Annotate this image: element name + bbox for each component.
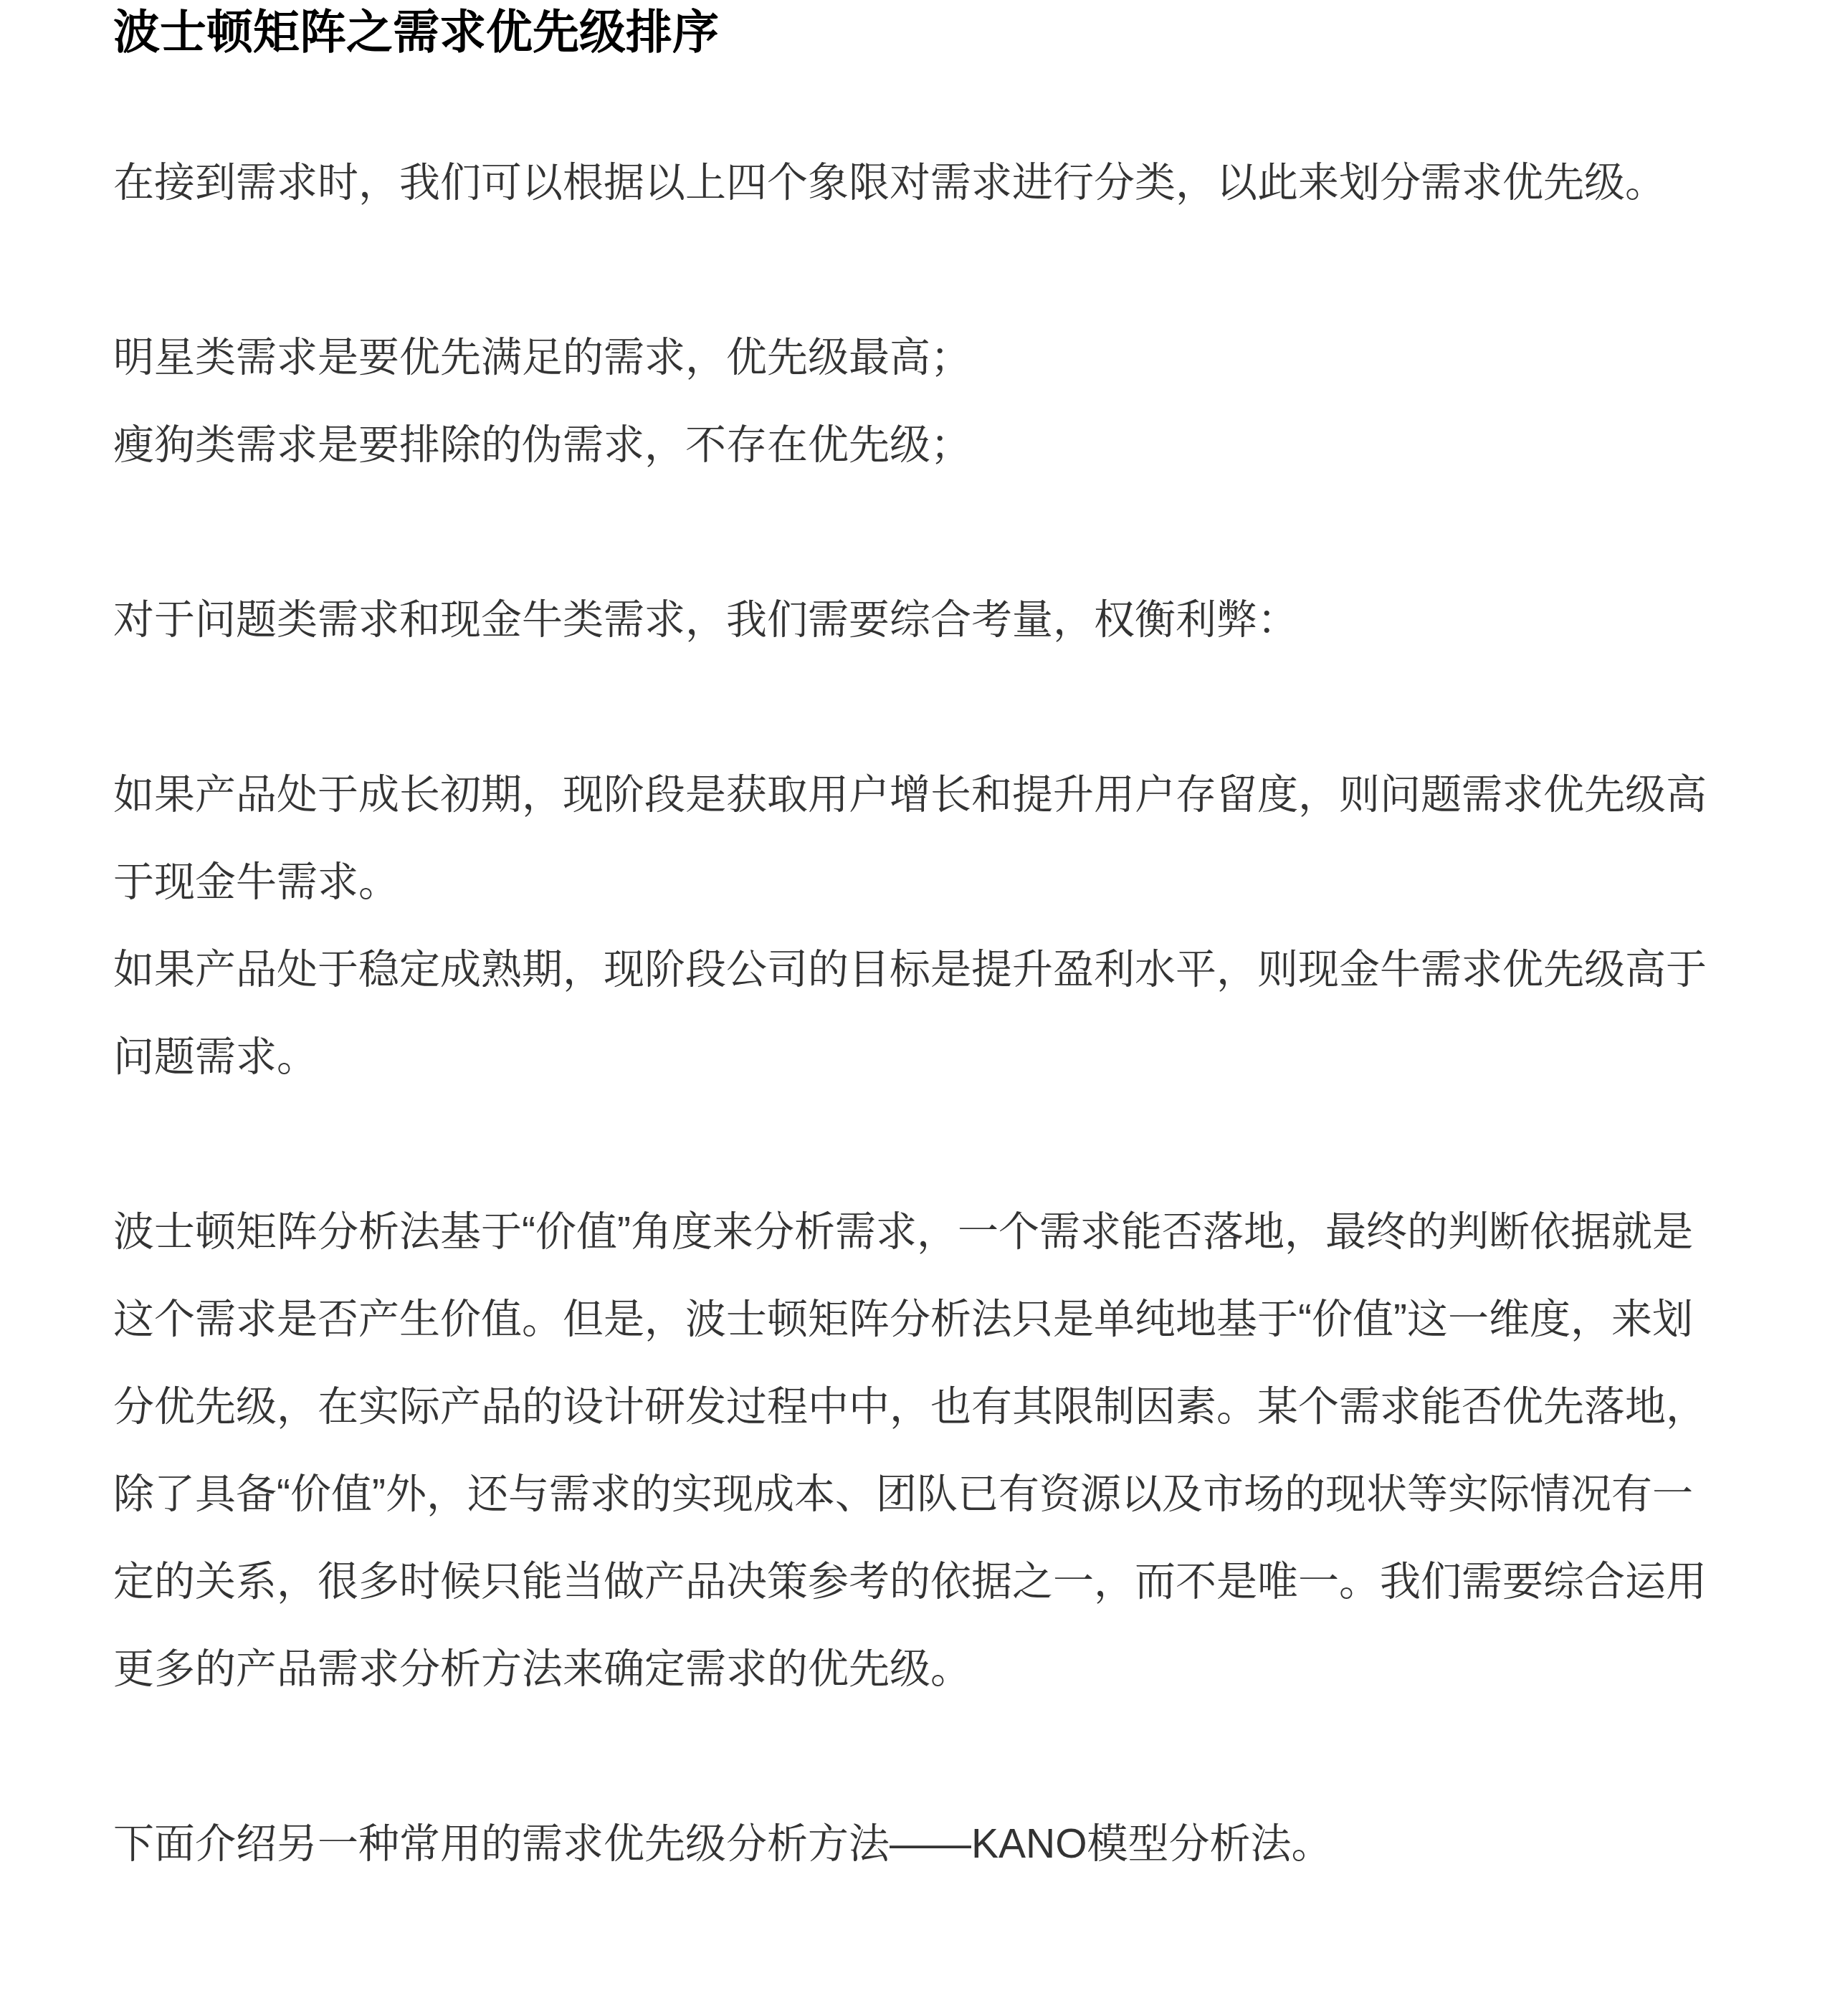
paragraph-intro: 在接到需求时，我们可以根据以上四个象限对需求进行分类，以此来划分需求优先级。 [113, 139, 1781, 226]
document-body: 波士顿矩阵之需求优先级排序 在接到需求时，我们可以根据以上四个象限对需求进行分类… [0, 4, 1835, 2016]
paragraph-spacer [113, 664, 1781, 751]
paragraph-growth-vs-mature: 如果产品处于成长初期，现阶段是获取用户增长和提升用户存留度，则问题需求优先级高 … [113, 751, 1781, 1101]
paragraph-star-and-dog: 明星类需求是要优先满足的需求，优先级最高； 瘦狗类需求是要排除的伪需求，不存在优… [113, 314, 1781, 489]
paragraph-kano-intro: 下面介绍另一种常用的需求优先级分析方法——KANO模型分析法。 [113, 1800, 1781, 1888]
paragraph-spacer [113, 1713, 1781, 1800]
paragraph-spacer [113, 489, 1781, 576]
paragraph-spacer [113, 1101, 1781, 1188]
paragraph-spacer [113, 226, 1781, 314]
page-title: 波士顿矩阵之需求优先级排序 [113, 4, 1781, 60]
paragraph-question-and-cashcow: 对于问题类需求和现金牛类需求，我们需要综合考量，权衡利弊： [113, 576, 1781, 664]
paragraph-bcg-value-analysis: 波士顿矩阵分析法基于“价值”角度来分析需求，一个需求能否落地，最终的判断依据就是… [113, 1188, 1781, 1713]
